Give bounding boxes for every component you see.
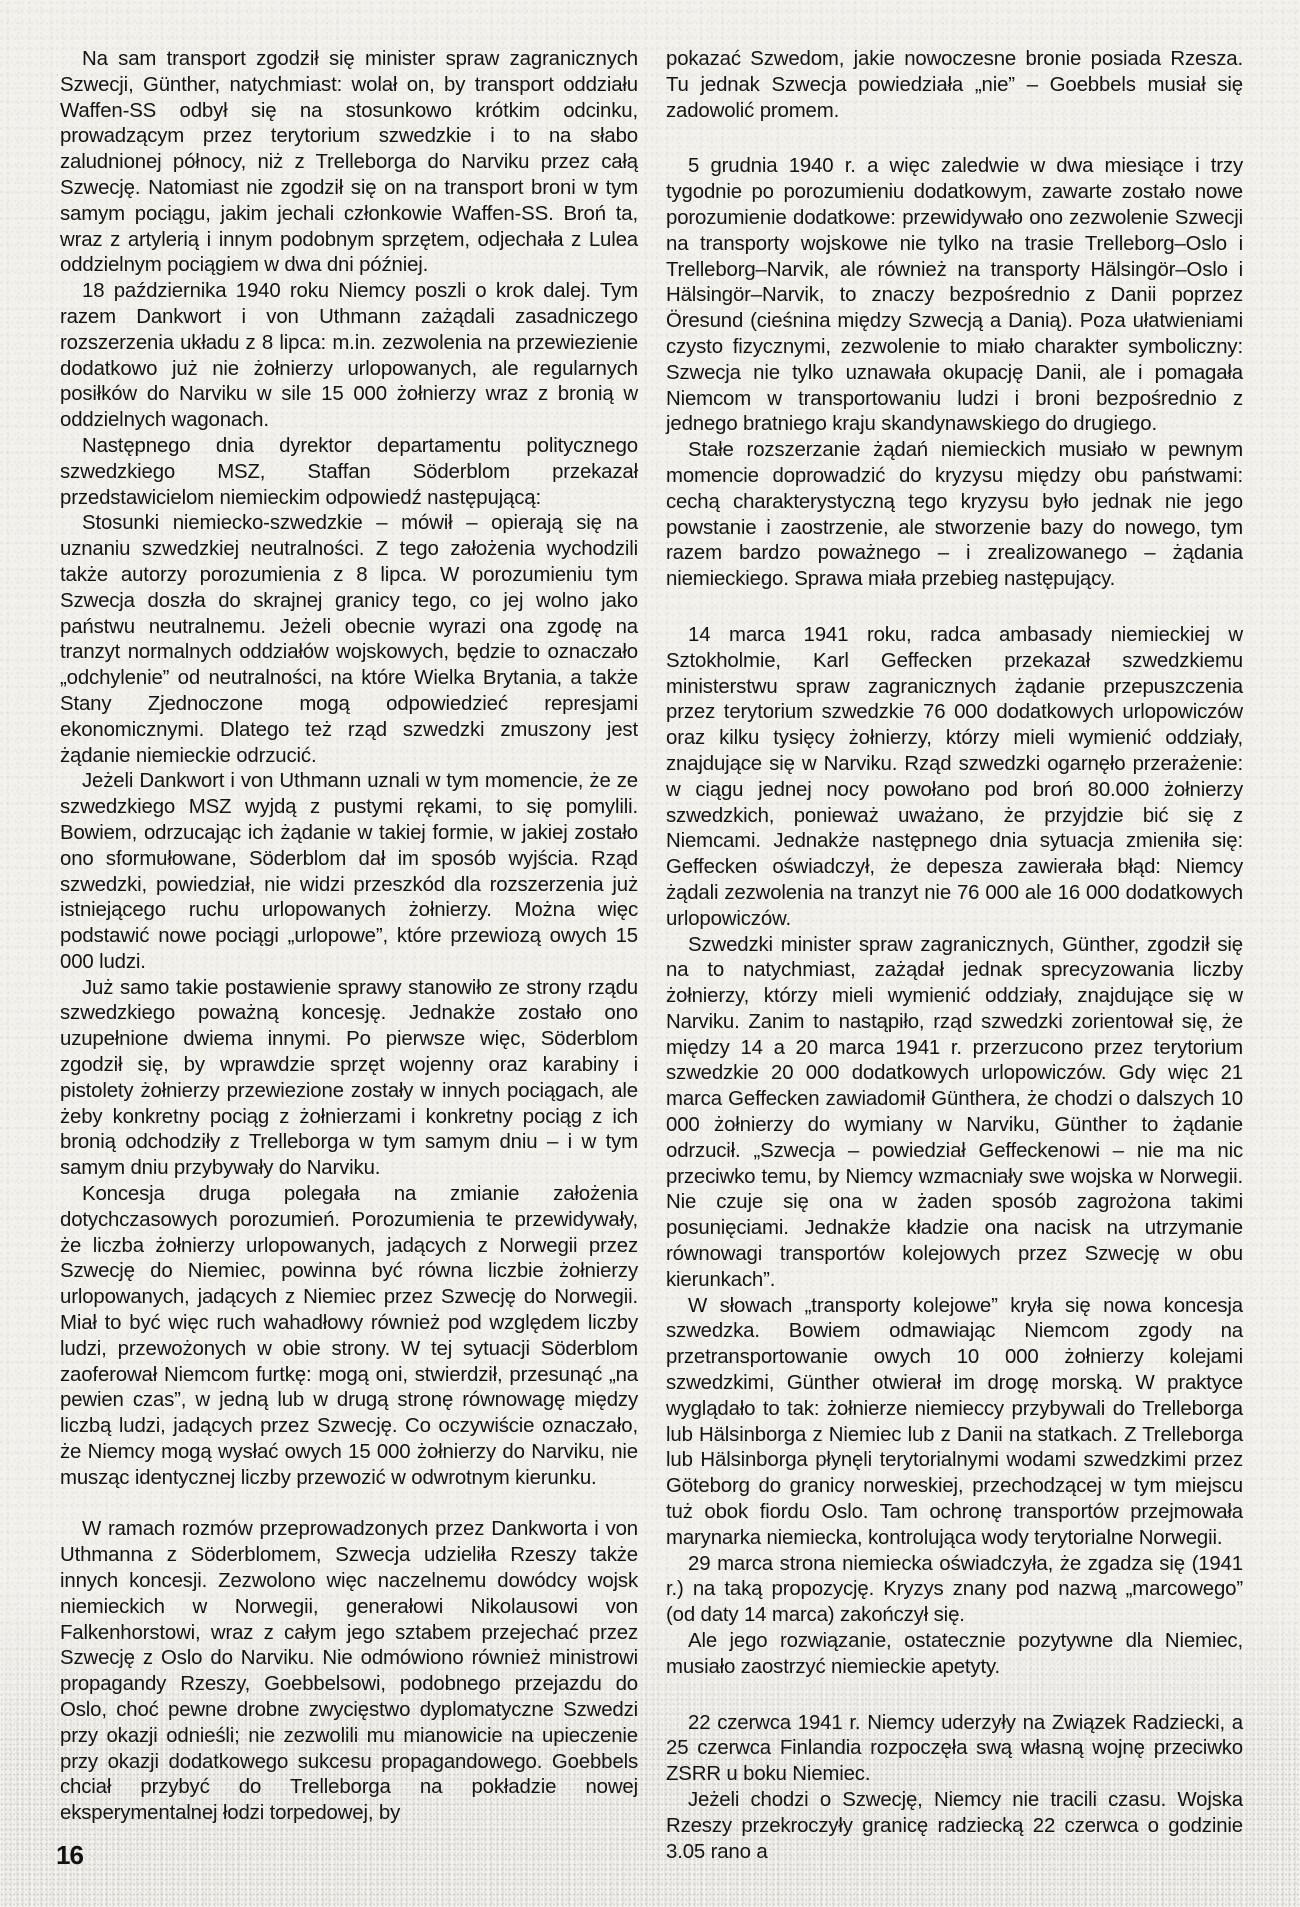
paragraph: 22 czerwca 1941 r. Niemcy uderzyły na Zw… — [666, 1711, 1243, 1788]
paragraph: 18 października 1940 roku Niemcy poszli … — [60, 279, 638, 434]
paragraph-spacer — [666, 124, 1243, 154]
paragraph: Stałe rozszerzanie żądań niemieckich mus… — [666, 438, 1243, 593]
paragraph-spacer — [666, 593, 1243, 623]
page-number: 16 — [56, 1840, 83, 1871]
paragraph: Już samo takie postawienie sprawy stanow… — [60, 976, 638, 1182]
paragraph: Ale jego rozwiązanie, ostatecznie pozyty… — [666, 1629, 1243, 1681]
paragraph: Na sam transport zgodził się minister sp… — [60, 47, 638, 279]
right-text-column: pokazać Szwedom, jakie nowoczesne bronie… — [666, 47, 1243, 1865]
paragraph: 5 grudnia 1940 r. a więc zaledwie w dwa … — [666, 154, 1243, 438]
left-text-column: Na sam transport zgodził się minister sp… — [60, 47, 638, 1827]
paragraph: Jeżeli Dankwort i von Uthmann uznali w t… — [60, 769, 638, 975]
paragraph: W ramach rozmów przeprowadzonych przez D… — [60, 1517, 638, 1827]
paragraph: Szwedzki minister spraw zagranicznych, G… — [666, 933, 1243, 1294]
paragraph: Koncesja druga polegała na zmianie założ… — [60, 1182, 638, 1492]
paragraph: 29 marca strona niemiecka oświadczyła, ż… — [666, 1552, 1243, 1629]
paragraph: Stosunki niemiecko-szwedzkie – mówił – o… — [60, 511, 638, 769]
paragraph: Jeżeli chodzi o Szwecję, Niemcy nie trac… — [666, 1788, 1243, 1865]
paragraph-continuation: pokazać Szwedom, jakie nowoczesne bronie… — [666, 47, 1243, 124]
paragraph: W słowach „transporty kolejowe” kryła si… — [666, 1294, 1243, 1552]
paragraph-spacer — [60, 1492, 638, 1518]
paragraph: Następnego dnia dyrektor departamentu po… — [60, 434, 638, 511]
paragraph-spacer — [666, 1681, 1243, 1711]
paragraph: 14 marca 1941 roku, radca ambasady niemi… — [666, 623, 1243, 933]
